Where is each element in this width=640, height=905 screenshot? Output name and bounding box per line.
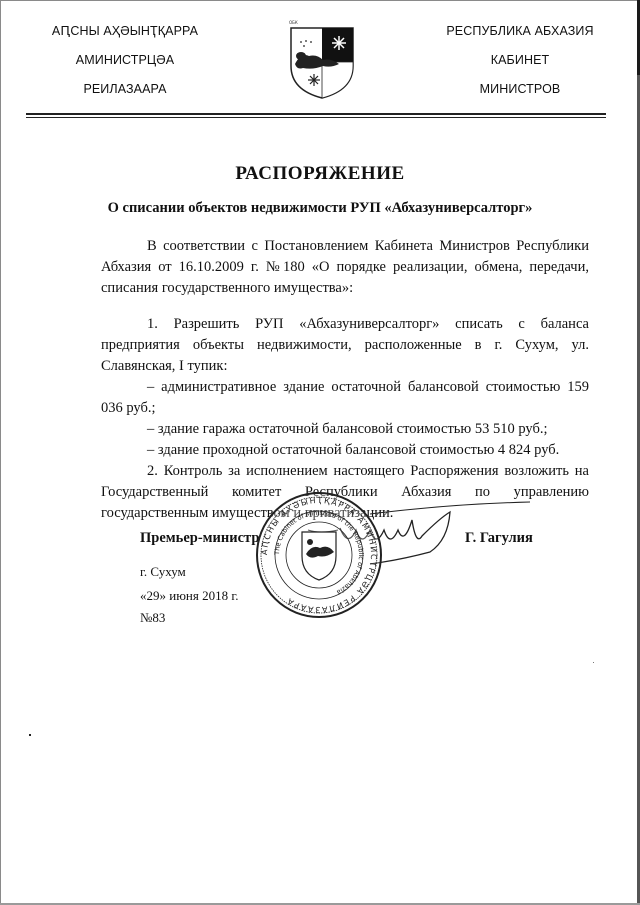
item-1-paragraph: 1. Разрешить РУП «Абхазуниверсалторг» сп…: [101, 314, 589, 377]
document-number: №83: [140, 610, 165, 626]
header-left-line-2: АМИНИСТРЦӘА: [0, 52, 250, 81]
scan-speck: [593, 662, 594, 663]
item-1-bullet-garage: – здание гаража остаточной балансовой ст…: [101, 419, 589, 440]
document-title: РАСПОРЯЖЕНИЕ: [0, 163, 640, 185]
header-left-line-3: РЕИЛАЗААРА: [0, 81, 250, 110]
scan-speck: [29, 734, 31, 736]
document-subtitle: О списании объектов недвижимости РУП «Аб…: [0, 200, 640, 217]
header-russian: РЕСПУБЛИКА АБХАЗИЯ КАБИНЕТ МИНИСТРОВ: [415, 23, 625, 110]
coat-of-arms-icon: ОБК: [287, 18, 357, 100]
document-body: В соответствии с Постановлением Кабинета…: [101, 236, 589, 524]
header-right-line-1: РЕСПУБЛИКА АБХАЗИЯ: [415, 23, 625, 52]
header-right-line-2: КАБИНЕТ: [415, 52, 625, 81]
document-date: «29» июня 2018 г.: [140, 588, 238, 604]
signatory-position: Премьер-министр: [140, 530, 259, 547]
item-1-bullet-admin-building: – административное здание остаточной бал…: [101, 377, 589, 419]
preamble-paragraph: В соответствии с Постановлением Кабинета…: [101, 236, 589, 299]
document-city: г. Сухум: [140, 564, 186, 580]
official-seal-icon: АԤСНЫ АҲӘЫНҬҚАРРА АМИНИСТРЦӘА РЕИЛАЗААРА…: [254, 490, 384, 620]
signatory-name: Г. Гагулия: [465, 530, 533, 547]
header-divider-thin: [26, 117, 606, 118]
header-left-line-1: АԤСНЫ АҲӘЫНҬҚАРРА: [0, 23, 250, 52]
svg-text:ОБК: ОБК: [289, 20, 298, 25]
item-1-bullet-checkpoint: – здание проходной остаточной балансовой…: [101, 440, 589, 461]
header-right-line-3: МИНИСТРОВ: [415, 81, 625, 110]
header-abkhaz: АԤСНЫ АҲӘЫНҬҚАРРА АМИНИСТРЦӘА РЕИЛАЗААРА: [0, 23, 250, 110]
header-divider-thick: [26, 113, 606, 115]
